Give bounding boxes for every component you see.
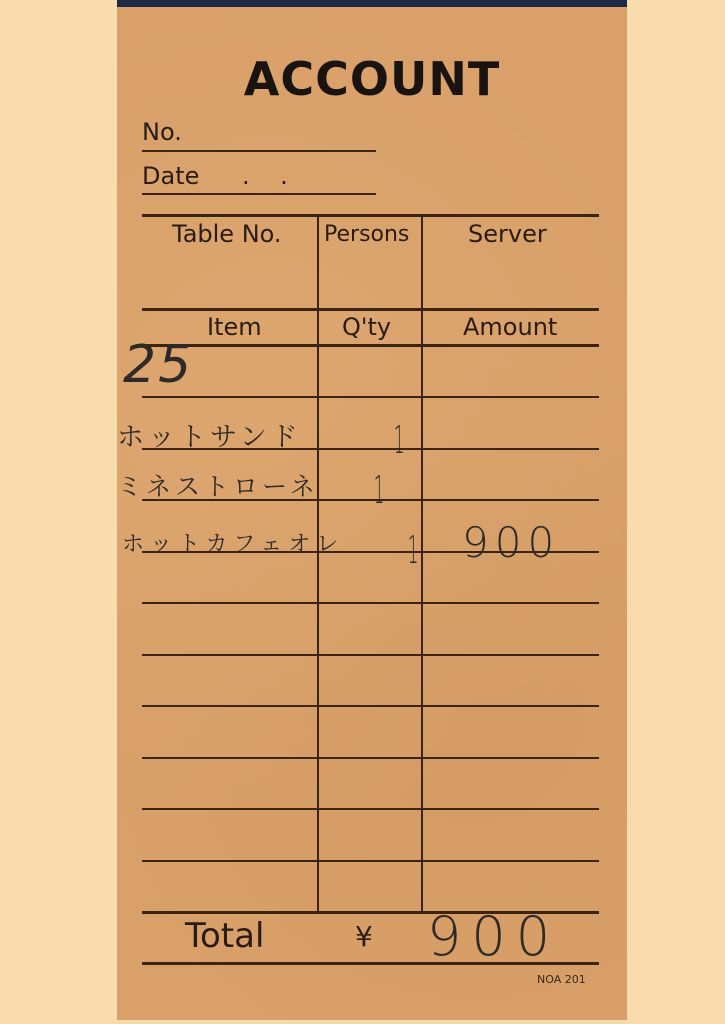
no-underline: [142, 150, 376, 152]
item-qty: 1: [374, 468, 385, 512]
server-label: Server: [468, 220, 547, 248]
top-band: [117, 0, 627, 7]
item-amount: 900: [462, 518, 560, 567]
table-top-rule: [142, 214, 599, 217]
item-name: ミネストローネ: [117, 467, 319, 503]
column-amount-label: Amount: [463, 313, 557, 341]
form-code: NOA 201: [537, 973, 586, 986]
item-qty: 1: [394, 418, 405, 462]
total-value: 900: [427, 905, 560, 968]
row-rule: [142, 808, 599, 810]
column-qty-label: Q'ty: [342, 313, 391, 341]
background-left: [0, 0, 117, 1024]
background-right: [627, 0, 725, 1024]
item-name: ホットサンド: [117, 415, 302, 454]
item-name: ホットカフェオレ: [122, 527, 344, 558]
column-item-label: Item: [207, 313, 262, 341]
persons-label: Persons: [324, 222, 409, 247]
row-rule: [142, 654, 599, 656]
row-rule: [142, 602, 599, 604]
no-label: No.: [142, 118, 182, 146]
row-rule: [142, 344, 599, 347]
row-rule: [142, 705, 599, 707]
item-qty: 1: [408, 528, 419, 572]
date-value: . .: [242, 162, 288, 190]
row-rule: [142, 860, 599, 862]
date-underline: [142, 193, 376, 195]
currency-symbol: ¥: [355, 920, 373, 953]
date-label: Date: [142, 162, 199, 190]
total-label: Total: [185, 916, 264, 956]
table-no-label: Table No.: [172, 220, 282, 248]
row-rule: [142, 757, 599, 759]
account-slip: ACCOUNT No. Date . . Table No. Persons S…: [117, 0, 627, 1020]
slip-title: ACCOUNT: [117, 52, 627, 106]
handwritten-table-number: 25: [123, 335, 193, 395]
header-divider: [142, 308, 599, 311]
row-rule: [142, 396, 599, 398]
